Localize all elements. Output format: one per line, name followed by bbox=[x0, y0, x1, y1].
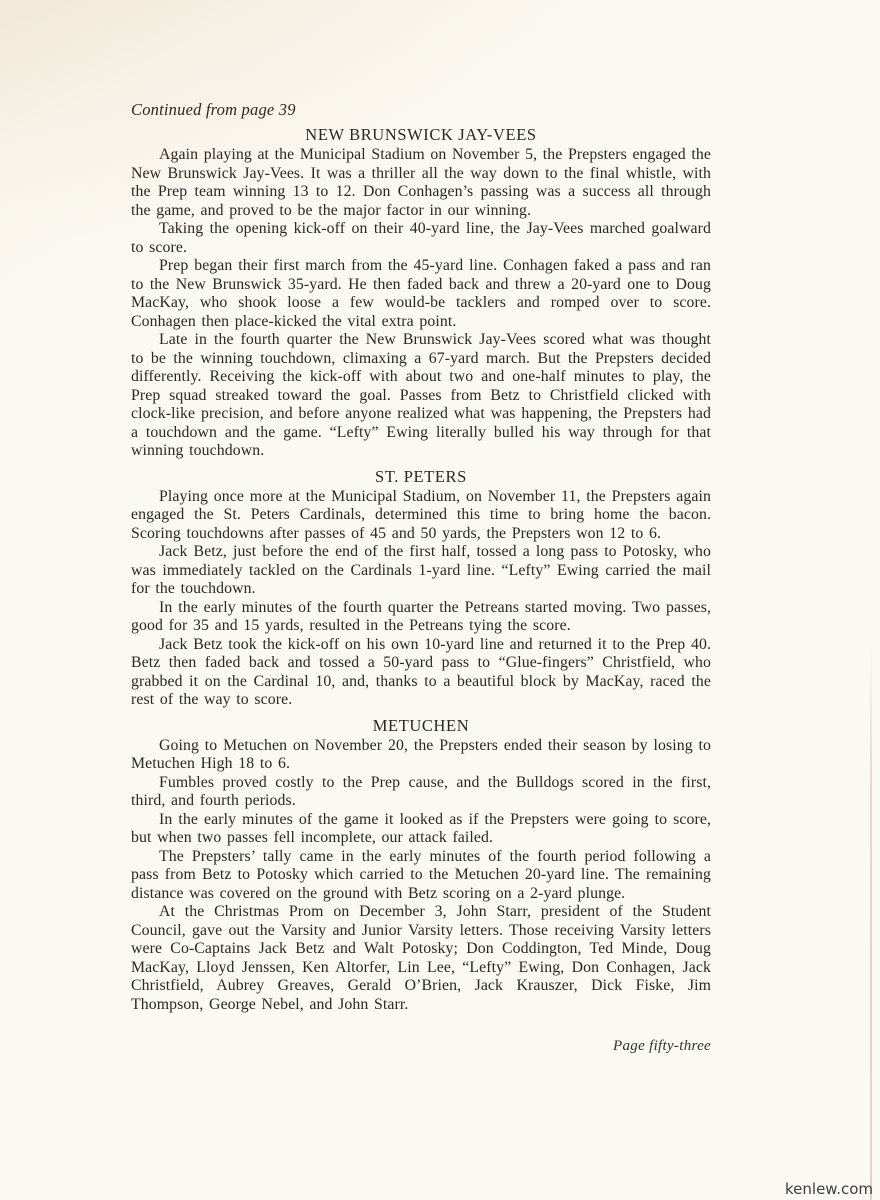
section-heading: METUCHEN bbox=[131, 716, 711, 735]
text-column: Continued from page 39 NEW BRUNSWICK JAY… bbox=[131, 100, 711, 1055]
body-paragraph: Prep began their first march from the 45… bbox=[131, 257, 711, 331]
body-paragraph: Going to Metuchen on November 20, the Pr… bbox=[131, 737, 711, 774]
body-paragraph: The Prepsters’ tally came in the early m… bbox=[131, 848, 711, 904]
body-paragraph: Jack Betz, just before the end of the fi… bbox=[131, 543, 711, 599]
body-paragraph: In the early minutes of the game it look… bbox=[131, 811, 711, 848]
body-paragraph: Playing once more at the Municipal Stadi… bbox=[131, 488, 711, 544]
section-heading: NEW BRUNSWICK JAY-VEES bbox=[131, 125, 711, 144]
body-paragraph: Jack Betz took the kick-off on his own 1… bbox=[131, 636, 711, 710]
body-paragraph: Fumbles proved costly to the Prep cause,… bbox=[131, 774, 711, 811]
sections-container: NEW BRUNSWICK JAY-VEESAgain playing at t… bbox=[131, 125, 711, 1014]
scanned-yearbook-page: Continued from page 39 NEW BRUNSWICK JAY… bbox=[0, 0, 880, 1200]
body-paragraph: Again playing at the Municipal Stadium o… bbox=[131, 146, 711, 220]
continued-from-note: Continued from page 39 bbox=[131, 100, 711, 119]
body-paragraph: In the early minutes of the fourth quart… bbox=[131, 599, 711, 636]
page-edge-line bbox=[870, 648, 872, 1200]
body-paragraph: Taking the opening kick-off on their 40-… bbox=[131, 220, 711, 257]
body-paragraph: At the Christmas Prom on December 3, Joh… bbox=[131, 903, 711, 1014]
watermark: kenlew.com bbox=[785, 1180, 873, 1198]
section-heading: ST. PETERS bbox=[131, 467, 711, 486]
page-number: Page fifty-three bbox=[131, 1038, 711, 1055]
body-paragraph: Late in the fourth quarter the New Bruns… bbox=[131, 331, 711, 461]
